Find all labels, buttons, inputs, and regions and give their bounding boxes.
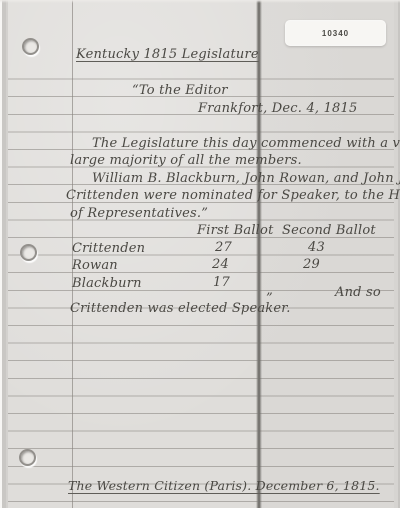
table-header-first-ballot: First Ballot: [197, 223, 274, 238]
hole-punch-middle: [20, 244, 37, 261]
second-ballot-value: 29: [303, 257, 320, 272]
fold-crease-line: [256, 0, 262, 508]
source-citation: The Western Citizen (Paris). December 6,…: [68, 478, 380, 493]
candidate-name: Blackburn: [72, 276, 142, 291]
archive-number-label: 10340: [285, 20, 386, 46]
conclusion-main: Crittenden was elected Speaker.: [70, 301, 291, 316]
first-ballot-value: 24: [212, 257, 229, 272]
salutation: “To the Editor: [132, 83, 228, 98]
page-left-edge: [0, 0, 8, 508]
document-title: Kentucky 1815 Legislature: [76, 47, 259, 62]
first-ballot-value: 17: [213, 275, 230, 290]
dateline: Frankfort, Dec. 4, 1815: [198, 101, 357, 116]
scanned-document-page: 10340 Kentucky 1815 Legislature “To the …: [0, 0, 400, 508]
paragraph1-line1: The Legislature this day commenced with …: [92, 136, 400, 151]
paragraph2-line2: Crittenden were nominated for Speaker, t…: [66, 188, 400, 203]
page-right-edge: [394, 0, 400, 508]
paragraph1-line2: large majority of all the members.: [70, 153, 302, 168]
archive-number: 10340: [322, 29, 349, 38]
table-header-second-ballot: Second Ballot: [282, 223, 376, 238]
conclusion-closing-quote: ”: [266, 291, 273, 306]
hole-punch-top: [22, 38, 39, 55]
candidate-name: Crittenden: [72, 241, 145, 256]
conclusion-lead: And so: [335, 285, 381, 300]
candidate-name: Rowan: [72, 258, 118, 273]
page-top-edge: [0, 0, 400, 3]
hole-punch-bottom: [19, 449, 36, 466]
paragraph2-line3: of Representatives.”: [70, 206, 208, 221]
second-ballot-value: 43: [308, 240, 325, 255]
first-ballot-value: 27: [215, 240, 232, 255]
paragraph2-line1: William B. Blackburn, John Rowan, and Jo…: [92, 171, 400, 186]
